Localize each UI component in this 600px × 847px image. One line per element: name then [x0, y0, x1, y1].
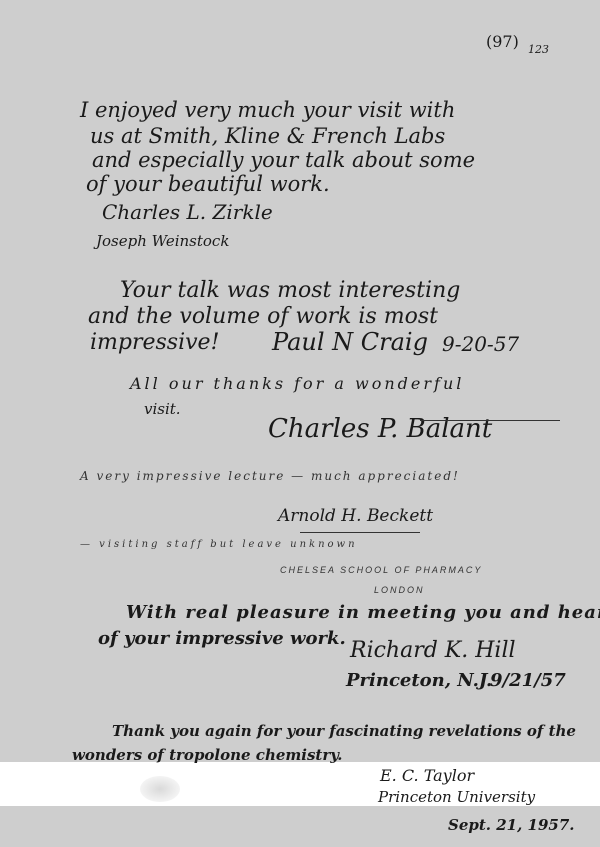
- message-line: I enjoyed very much your visit with: [80, 100, 455, 121]
- message-line: With real pleasure in meeting you and he…: [126, 604, 600, 622]
- scan-smudge: [140, 776, 180, 802]
- signature-underline: [420, 420, 560, 421]
- message-line: Your talk was most interesting: [120, 280, 460, 302]
- message-line: A very impressive lecture — much appreci…: [80, 470, 460, 482]
- date: 9-20-57: [442, 334, 519, 354]
- date: 9/21/57: [490, 672, 566, 690]
- message-line: visit.: [144, 402, 181, 417]
- signature: Paul N Craig: [272, 330, 428, 354]
- date: Sept. 21, 1957.: [448, 818, 575, 833]
- city: LONDON: [374, 586, 425, 595]
- message-line: wonders of tropolone chemistry.: [72, 748, 342, 763]
- message-line: and the volume of work is most: [88, 306, 438, 328]
- note: — visiting staff but leave unknown: [80, 540, 358, 550]
- message-line: of your beautiful work.: [86, 174, 330, 195]
- signature-weinstock: Joseph Weinstock: [96, 234, 229, 249]
- message-line: impressive!: [90, 332, 219, 354]
- message-line: All our thanks for a wonderful: [130, 376, 464, 392]
- message-line: and especially your talk about some: [92, 150, 475, 171]
- page-number-secondary: 123: [528, 44, 549, 55]
- affiliation: Princeton University: [378, 790, 535, 805]
- signature-underline: [300, 532, 420, 533]
- signature: Richard K. Hill: [350, 640, 516, 662]
- message-line: Thank you again for your fascinating rev…: [112, 724, 576, 739]
- page-number-circled: (97): [486, 34, 519, 50]
- signature: Charles L. Zirkle: [102, 202, 273, 222]
- affiliation: CHELSEA SCHOOL OF PHARMACY: [280, 566, 482, 575]
- signature: Arnold H. Beckett: [278, 508, 433, 525]
- signature: E. C. Taylor: [380, 768, 474, 784]
- message-line: us at Smith, Kline & French Labs: [90, 126, 445, 147]
- message-line: of your impressive work.: [98, 630, 346, 648]
- location: Princeton, N.J.: [346, 672, 492, 690]
